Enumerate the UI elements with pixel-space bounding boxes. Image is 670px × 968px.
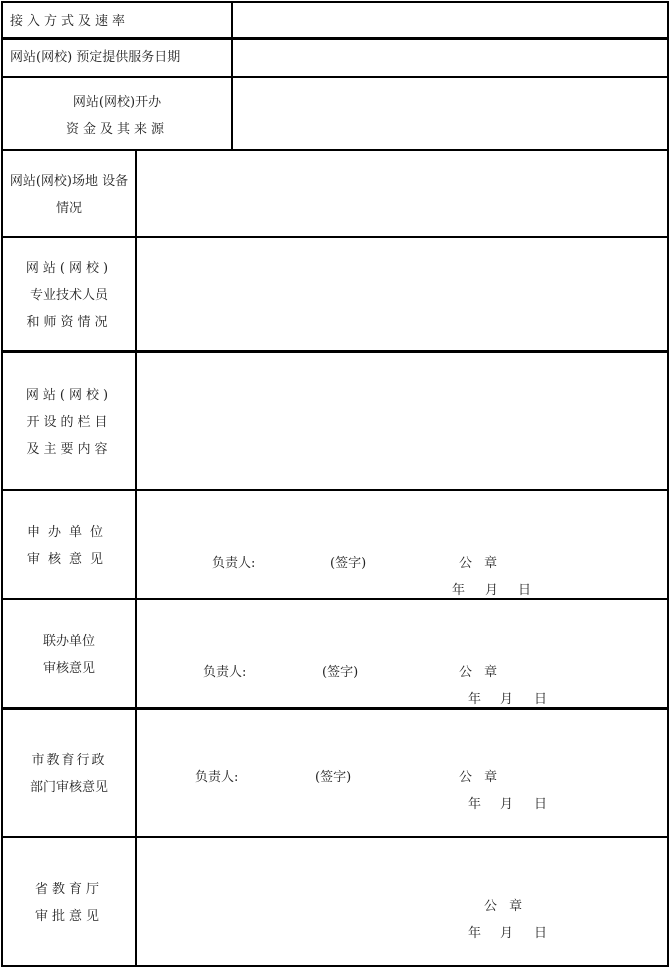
row-divider — [1, 965, 669, 967]
coorganizer-date-year: 年 — [468, 688, 481, 707]
coorganizer-date-day: 日 — [534, 688, 547, 707]
label-staff: 网站(网校) 专业技术人员 和师资情况 — [3, 255, 135, 336]
access-method-field[interactable] — [233, 3, 667, 37]
city-seal-label: 公 章 — [459, 766, 501, 785]
city-responsible-label: 负责人: — [195, 766, 238, 785]
province-seal-label: 公 章 — [484, 895, 526, 914]
coorganizer-responsible-label: 负责人: — [203, 661, 246, 680]
applicant-review-field[interactable] — [137, 491, 667, 598]
coorganizer-review-field[interactable] — [137, 600, 667, 707]
label-service-date: 网站(网校) 预定提供服务日期 — [10, 44, 230, 71]
coorganizer-sign-label: (签字) — [322, 661, 358, 680]
funding-field[interactable] — [233, 78, 667, 149]
province-date-year: 年 — [468, 922, 481, 941]
label-applicant-review: 申办单位 审核意见 — [3, 519, 135, 573]
table-border-left — [1, 1, 3, 965]
city-date-year: 年 — [468, 793, 481, 812]
label-venue-equipment: 网站(网校)场地 设备 情况 — [3, 168, 135, 222]
label-funding: 网站(网校)开办 资金及其来源 — [3, 89, 231, 143]
applicant-date-day: 日 — [518, 579, 531, 598]
label-city-dept-review: 市教育行政 部门审核意见 — [3, 747, 135, 801]
venue-equipment-field[interactable] — [137, 151, 667, 236]
province-date-day: 日 — [534, 922, 547, 941]
province-dept-approval-field[interactable] — [137, 838, 667, 965]
label-province-dept-approval: 省教育厅 审批意见 — [3, 876, 135, 930]
staff-field[interactable] — [137, 238, 667, 350]
city-date-month: 月 — [500, 793, 513, 812]
service-date-field[interactable] — [233, 40, 667, 76]
columns-content-field[interactable] — [137, 353, 667, 489]
coorganizer-seal-label: 公 章 — [459, 661, 501, 680]
applicant-date-year: 年 — [452, 579, 465, 598]
label-coorganizer-review: 联办单位 审核意见 — [3, 628, 135, 682]
coorganizer-date-month: 月 — [500, 688, 513, 707]
applicant-responsible-label: 负责人: — [212, 552, 255, 571]
province-date-month: 月 — [500, 922, 513, 941]
applicant-seal-label: 公 章 — [459, 552, 501, 571]
city-date-day: 日 — [534, 793, 547, 812]
city-sign-label: (签字) — [315, 766, 351, 785]
applicant-date-month: 月 — [485, 579, 498, 598]
label-columns-content: 网站(网校) 开设的栏目 及主要内容 — [3, 382, 135, 463]
applicant-sign-label: (签字) — [330, 552, 366, 571]
table-border-right — [667, 1, 669, 965]
label-access-method: 接入方式及速率 — [10, 8, 230, 35]
